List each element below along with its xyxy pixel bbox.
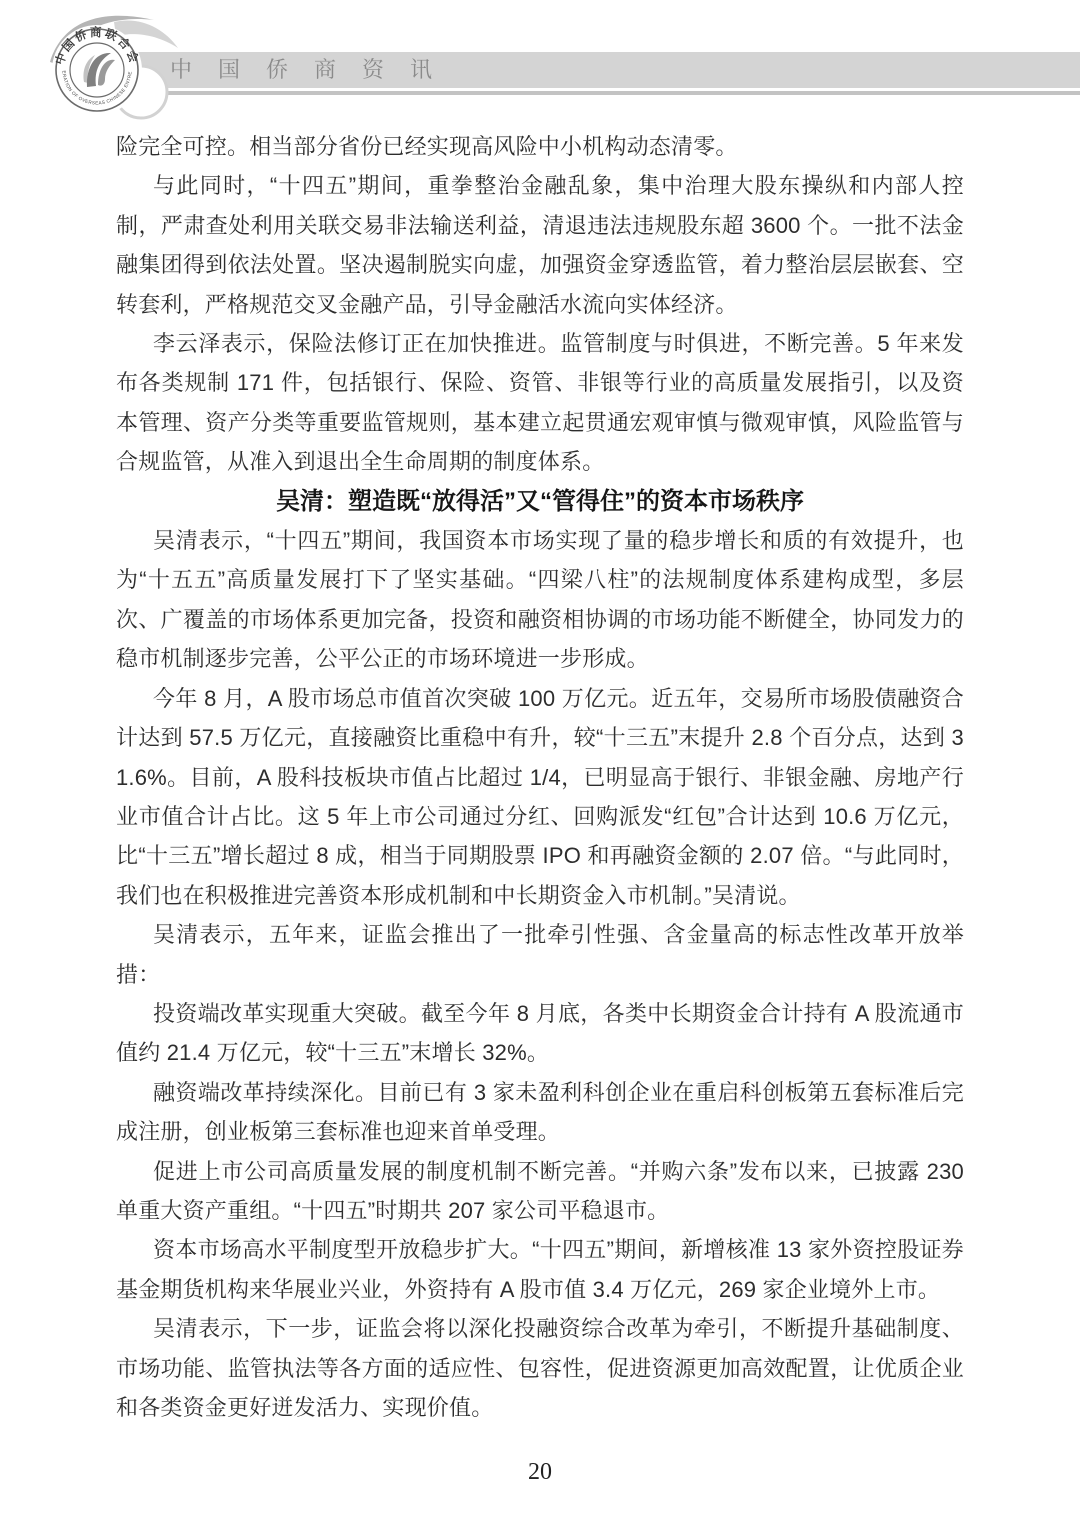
masthead-title: 中国侨商资讯 <box>170 52 458 88</box>
article-paragraph: 与此同时，“十四五”期间，重拳整治金融乱象，集中治理大股东操纵和内部人控制，严肃… <box>116 166 964 324</box>
article-paragraph: 融资端改革持续深化。目前已有 3 家未盈利科创企业在重启科创板第五套标准后完成注… <box>116 1073 964 1152</box>
section-heading: 吴清：塑造既“放得活”又“管得住”的资本市场秩序 <box>116 482 964 521</box>
masthead-band: 中国侨商资讯 <box>112 52 1080 88</box>
article-paragraph: 吴清表示，“十四五”期间，我国资本市场实现了量的稳步增长和质的有效提升，也为“十… <box>116 521 964 679</box>
article-paragraph: 促进上市公司高质量发展的制度机制不断完善。“并购六条”发布以来，已披露 230 … <box>116 1152 964 1231</box>
masthead-underline <box>112 91 1080 95</box>
article-paragraph: 今年 8 月，A 股市场总市值首次突破 100 万亿元。近五年，交易所市场股债融… <box>116 679 964 915</box>
article-paragraph: 吴清表示，五年来，证监会推出了一批牵引性强、含金量高的标志性改革开放举措： <box>116 915 964 994</box>
federation-seal-logo: 中国侨商联合会 CHINA FEDERATION OF OVERSEAS CHI… <box>36 0 186 138</box>
article-paragraph: 资本市场高水平制度型开放稳步扩大。“十四五”期间，新增核准 13 家外资控股证券… <box>116 1230 964 1309</box>
document-page: 中国侨商资讯 中国侨商联合会 CHINA <box>0 0 1080 1525</box>
article-paragraph: 险完全可控。相当部分省份已经实现高风险中小机构动态清零。 <box>116 127 964 166</box>
article-paragraph: 吴清表示，下一步，证监会将以深化投融资综合改革为牵引，不断提升基础制度、市场功能… <box>116 1309 964 1427</box>
article-paragraph: 投资端改革实现重大突破。截至今年 8 月底，各类中长期资金合计持有 A 股流通市… <box>116 994 964 1073</box>
page-number: 20 <box>0 1459 1080 1486</box>
article-body: 险完全可控。相当部分省份已经实现高风险中小机构动态清零。 与此同时，“十四五”期… <box>116 127 964 1427</box>
article-paragraph: 李云泽表示，保险法修订正在加快推进。监管制度与时俱进，不断完善。5 年来发布各类… <box>116 324 964 482</box>
